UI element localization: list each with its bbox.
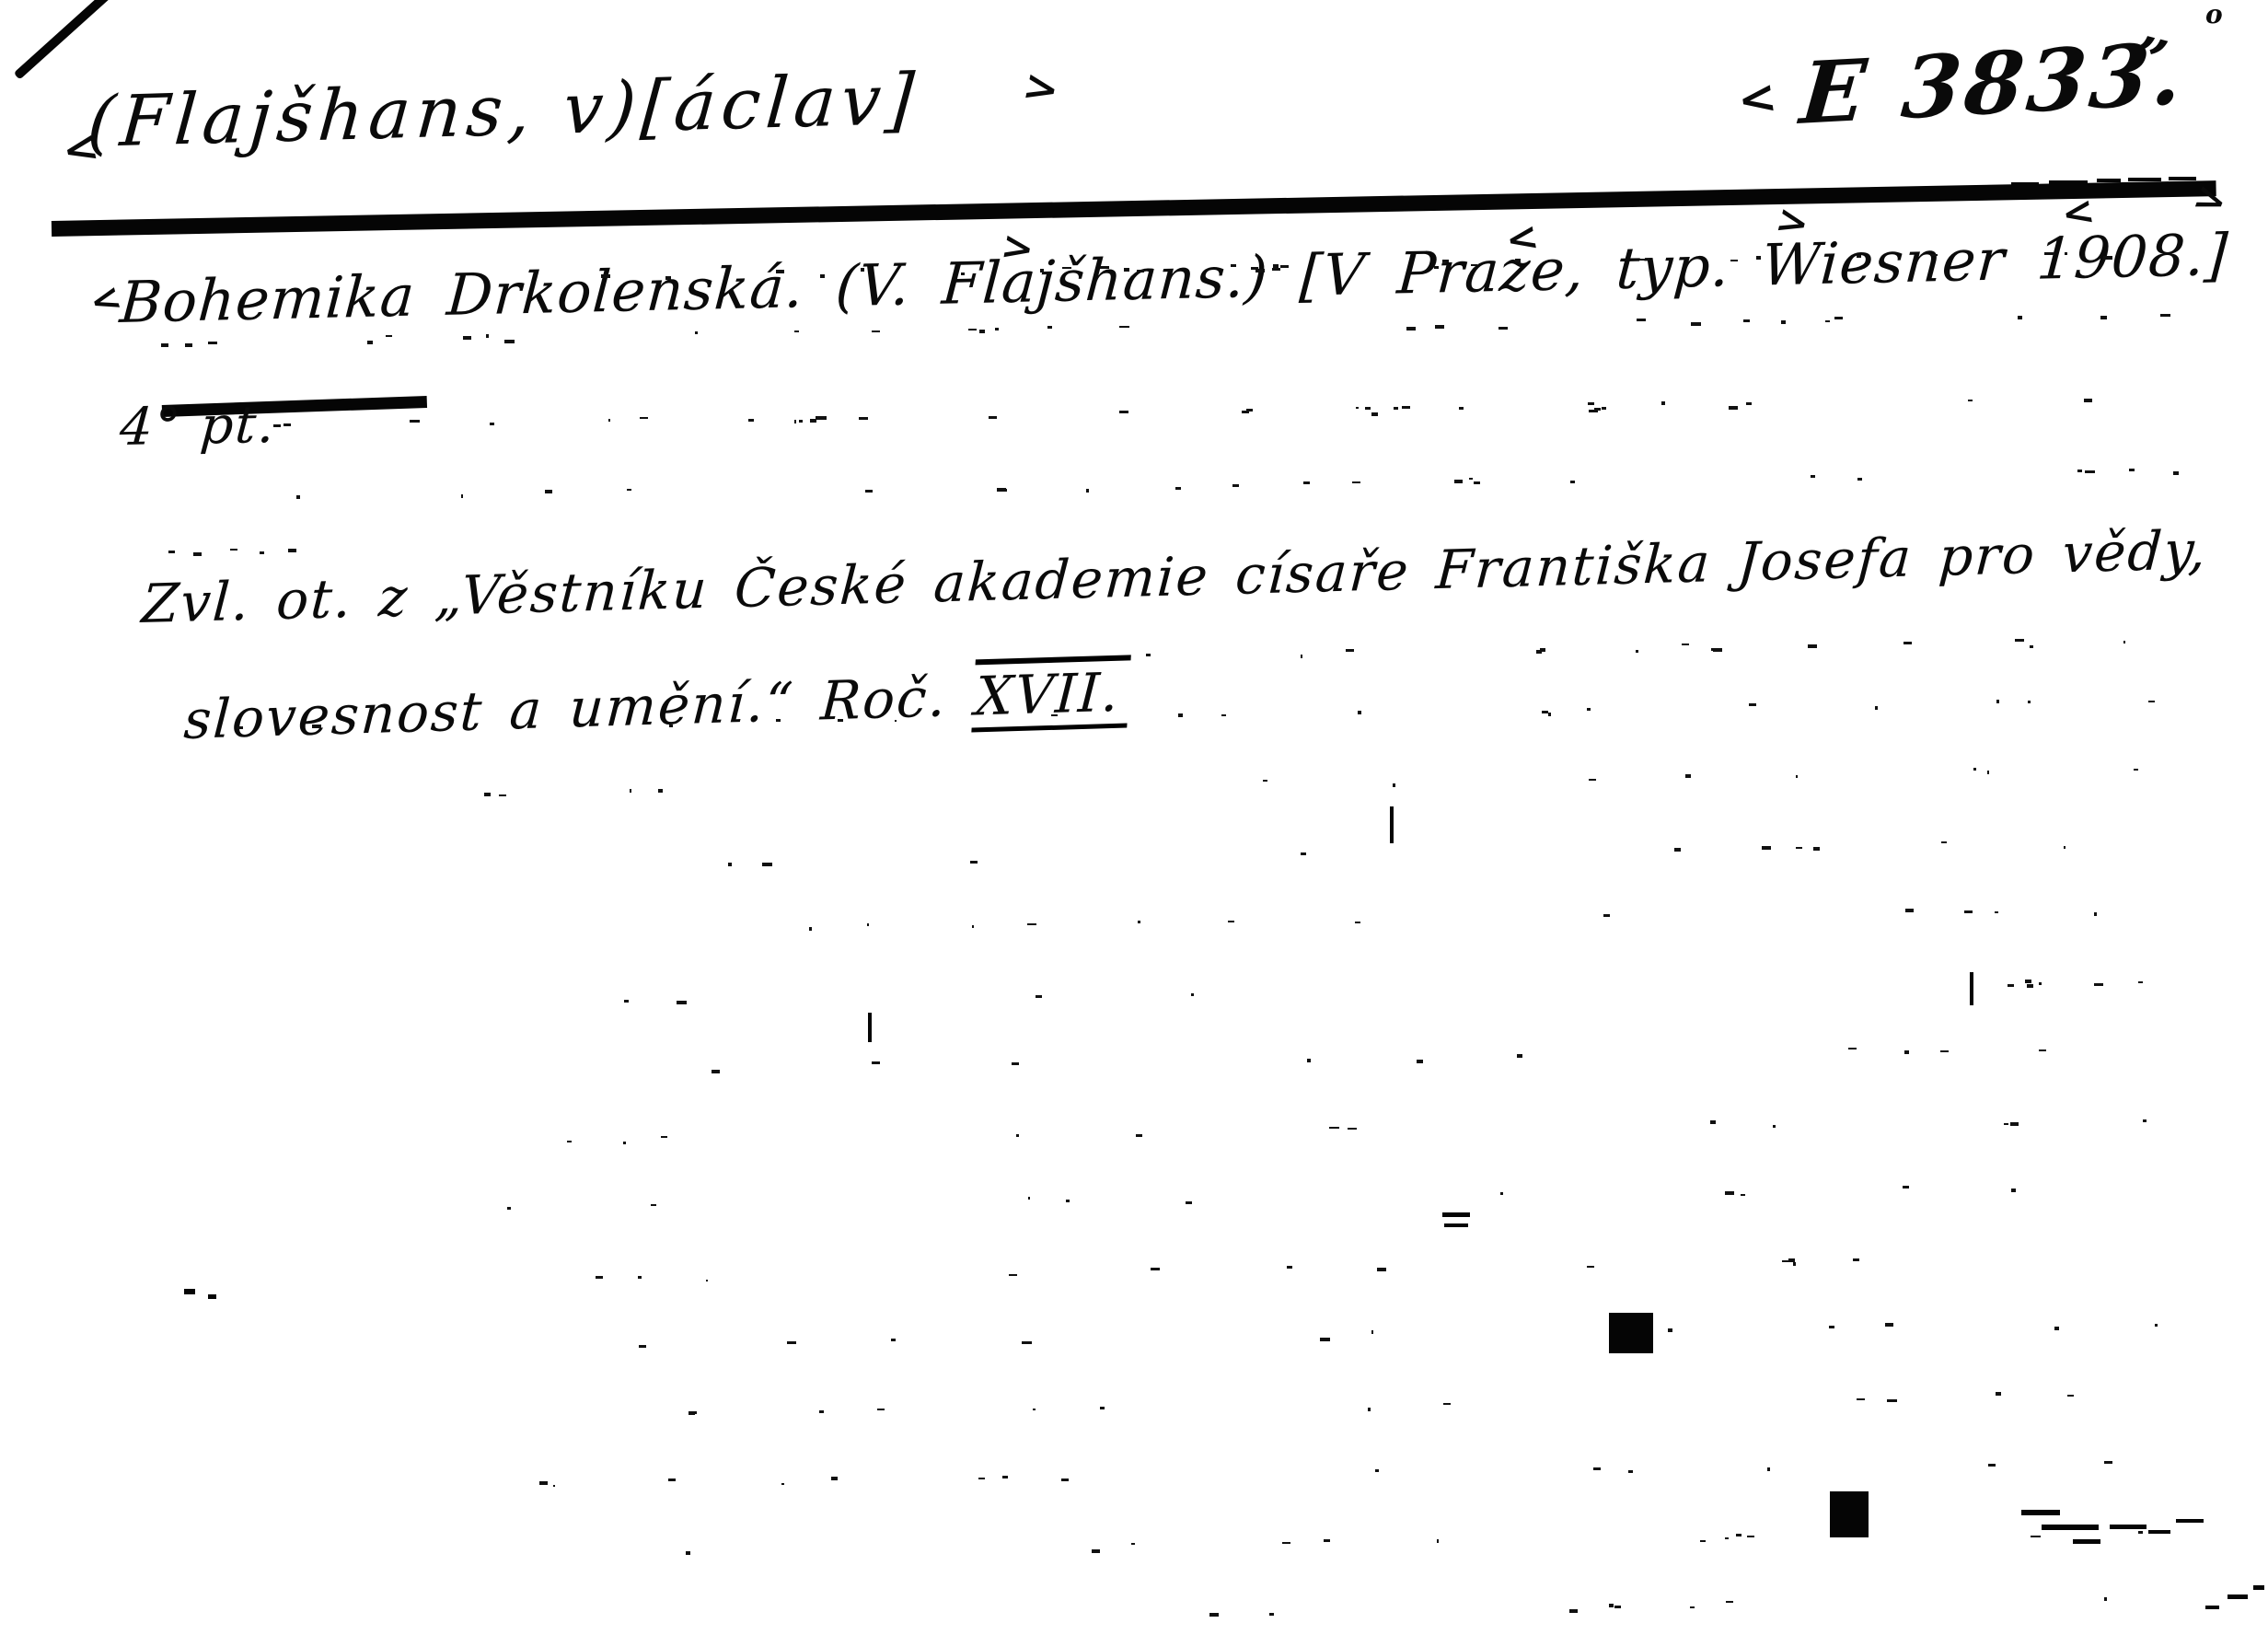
scan-speckle [1009,1274,1017,1276]
scan-speckle [410,420,420,423]
scan-speckle [1746,402,1752,405]
scan-speckle [1282,1542,1290,1544]
scan-speckle [1674,848,1681,852]
ink-blob [2097,179,2121,182]
scan-speckle [1100,1407,1105,1409]
scan-speckle [2143,1119,2146,1122]
scan-speckle [1061,1478,1069,1481]
scan-speckle [1119,326,1129,328]
scan-speckle [1593,1467,1601,1470]
scan-speckle [1175,487,1181,490]
scan-speckle [1587,1266,1594,1268]
scan-speckle [794,330,799,332]
scan-speckle [1092,1549,1100,1553]
scan-speckle [1016,1134,1019,1137]
scan-speckle [273,424,281,427]
scan-speckle [787,1341,796,1344]
scan-speckle [2094,912,2097,916]
scan-speckle [2103,256,2112,260]
scan-speckle [2039,1049,2046,1051]
scan-speckle [2155,1324,2158,1327]
scan-speckle [1178,713,1183,717]
scan-speckle [2065,252,2067,255]
scan-speckle [1066,1200,1070,1202]
scan-speckle [1793,1262,1796,1266]
author-heading: (Flajšhans, v)[áclav] [85,58,922,163]
scan-speckle [1137,270,1144,272]
scan-speckle [2030,645,2033,648]
scan-speckle [1002,1476,1008,1478]
scan-speckle [1730,260,1738,261]
scan-speckle [1301,655,1302,658]
scan-speckle [1358,711,1361,714]
scan-speckle [2100,316,2107,319]
scan-speckle [1368,1408,1371,1411]
scan-speckle [1796,775,1798,778]
scan-speckle [1988,1464,1996,1467]
editorial-mark: < [2059,191,2098,234]
note-line-2: slovesnost a umění.“ Roč. XVII. [182,660,1131,751]
scan-speckle [1355,922,1360,923]
ink-blob [1390,806,1394,843]
scan-speckle [2138,981,2143,983]
scan-speckle [2031,1536,2041,1537]
scan-speckle [1762,846,1771,850]
scan-speckle [1022,1341,1032,1344]
scan-speckle [1371,412,1378,416]
scan-speckle [1587,708,1591,711]
scan-speckle [1040,269,1044,272]
scan-speckle [1393,783,1395,787]
scan-speckle [1747,1536,1754,1537]
scan-speckle [1729,406,1738,410]
scan-speckle [1996,700,1999,703]
scan-speckle [1973,768,1976,771]
scan-speckle [2085,470,2095,473]
ink-blob [1830,1491,1869,1537]
scan-speckle [2123,641,2125,644]
scan-speckle [1228,921,1234,922]
editorial-mark: o [2205,2,2223,28]
scan-speckle [762,863,772,866]
scan-speckle [1756,256,1761,260]
ink-blob [1442,1212,1470,1217]
scan-speckle [1307,1059,1311,1062]
scan-speckle [970,861,978,864]
scan-speckle [1569,1609,1578,1613]
scan-speckle [623,1142,626,1144]
scan-speckle [1685,774,1691,778]
scan-speckle [638,1276,642,1279]
scan-speckle [1628,1470,1633,1473]
scan-speckle [2129,469,2135,471]
scan-speckle [661,1136,667,1138]
scan-speckle [1857,478,1862,481]
ink-blob [2042,1525,2099,1530]
scan-speckle [810,419,816,423]
ink-blob [184,1289,195,1294]
scan-speckle [1434,266,1439,269]
scan-speckle [961,272,965,275]
scan-speckle [1940,1050,1949,1052]
editorial-mark: < [1735,73,1779,123]
scan-speckle [463,336,471,340]
scan-speckle [2104,1597,2107,1601]
ink-blob [2021,1510,2060,1515]
scan-speckle [567,1141,572,1142]
ink-blob [208,1294,216,1299]
scan-speckle [748,419,754,422]
ink-blob [2128,178,2161,181]
scan-speckle [2011,1189,2016,1192]
scan-speckle [669,725,673,727]
ink-blob [868,1013,872,1042]
scan-speckle [861,268,864,272]
scan-speckle [1036,995,1042,998]
scan-speckle [1639,259,1649,261]
scan-speckle [1356,407,1359,409]
scan-speckle [601,274,610,278]
editorial-mark: > [1020,63,1063,111]
scan-speckle [1435,325,1444,329]
scan-speckle [658,789,663,793]
scan-speckle [1987,771,1989,774]
scan-speckle [1232,484,1239,487]
ink-blob [2073,1539,2100,1544]
scan-speckle [1536,650,1542,654]
scan-speckle [1767,1467,1770,1471]
ink-blob [2049,180,2088,184]
scan-speckle [1151,1268,1160,1270]
scan-speckle [1995,911,1998,913]
scan-speckle [2028,701,2031,703]
scan-speckle [781,1483,784,1485]
scan-speckle [1028,1197,1030,1200]
scan-speckle [1682,644,1689,645]
scan-speckle [1603,914,1610,917]
scan-speckle [1743,319,1750,322]
scan-speckle [1062,267,1071,269]
scan-speckle [1904,1050,1909,1054]
ink-blob [2176,1519,2204,1523]
scan-speckle [1668,1328,1672,1332]
scan-speckle [386,335,392,337]
scan-speckle [1853,1258,1859,1261]
ink-blob [2011,182,2039,186]
scan-speckle [665,276,671,280]
scan-speckle [1471,264,1477,266]
scan-speckle [968,329,977,330]
scan-speckle [1725,1191,1734,1195]
scan-speckle [1857,255,1861,258]
scan-speckle [776,719,781,722]
scan-speckle [608,419,610,422]
editorial-mark: < [86,278,125,322]
scan-speckle [640,417,648,419]
scan-speckle [1287,1266,1292,1269]
pen-stroke-top-left [14,0,122,80]
scan-speckle [865,490,873,493]
scan-speckle [1469,478,1473,480]
scan-speckle [1781,320,1786,324]
scan-speckle [1517,1054,1522,1058]
ink-blob [1444,1223,1468,1227]
scan-speckle [686,1551,690,1555]
scan-speckle [1588,402,1594,405]
scan-speckle [831,1477,838,1480]
scan-speckle [1273,264,1279,268]
scan-speckle [2138,1531,2143,1534]
scan-speckle [1498,327,1508,330]
scan-speckle [1930,254,1938,256]
scan-speckle [1371,1330,1373,1334]
scan-speckle [895,720,897,722]
scan-speckle [1614,1606,1621,1608]
scan-speckle [499,794,506,796]
scan-speckle [2077,470,2082,472]
scan-speckle [2094,983,2103,986]
scan-speckle [1808,644,1817,648]
scan-speckle [1905,909,1914,912]
scan-speckle [1711,648,1718,651]
scan-speckle [1811,475,1815,478]
scan-speckle [872,330,880,332]
scan-speckle [1726,1601,1733,1603]
scan-speckle [539,1481,548,1485]
scan-speckle [809,927,812,931]
scan-speckle [1848,1048,1857,1049]
scan-speckle [484,793,491,796]
scan-speckle [1691,322,1701,326]
scan-speckle [1119,411,1128,413]
ink-blob [2205,1606,2219,1609]
volume-number: XVII. [971,655,1131,732]
scan-speckle [979,330,985,333]
scan-speckle [1825,320,1830,322]
scan-speckle [1637,319,1646,321]
scan-speckle [193,552,202,556]
ink-blob [2169,177,2196,180]
scan-speckle [1736,1534,1741,1536]
scan-speckle [877,1409,885,1410]
scan-speckle [624,1000,629,1003]
scan-speckle [1131,1543,1135,1545]
scan-speckle [1402,406,1410,409]
scan-speckle [1609,1604,1614,1607]
scan-speckle [2010,1122,2019,1126]
scan-speckle [1100,266,1109,269]
ink-blob [1970,972,1973,1005]
scan-speckle [2015,639,2024,642]
scan-speckle [1365,407,1371,410]
ink-blob [1609,1313,1653,1353]
scan-speckle [1437,1539,1439,1543]
scan-speckle [1813,847,1820,851]
scan-speckle [1246,409,1253,412]
scan-speckle [1636,650,1638,653]
scan-speckle [486,334,489,338]
scan-speckle [296,495,300,499]
scan-speckle [995,328,999,330]
scan-speckle [1741,1194,1745,1196]
ink-blob [2148,1530,2170,1534]
scan-speckle [799,420,803,423]
scan-speckle [1301,852,1306,855]
scan-speckle [989,416,997,419]
scan-speckle [461,494,463,498]
scan-speckle [1272,268,1280,271]
scan-speckle [1885,1323,1893,1327]
scan-speckle [367,341,373,344]
scan-speckle [507,1207,511,1210]
scan-speckle [1051,714,1058,716]
scan-speckle [1602,407,1606,410]
scan-speckle [260,551,264,554]
scan-speckle [1231,264,1236,267]
scan-speckle [1329,1127,1339,1129]
scan-speckle [1377,1268,1386,1271]
scan-speckle [1251,267,1258,270]
scan-speckle [1047,326,1052,329]
scan-speckle [1442,260,1449,262]
scan-speckle [1146,654,1151,656]
scan-speckle [2148,701,2155,702]
scan-speckle [1589,410,1598,412]
scan-speckle [1474,481,1480,484]
scan-speckle [1996,1392,2001,1396]
scan-speckle [1303,481,1310,484]
scan-speckle [1903,642,1912,644]
scan-speckle [630,789,631,793]
scan-speckle [1263,780,1267,782]
note-line-2-text: slovesnost a umění.“ Roč. [182,665,975,751]
scan-speckle [712,1070,720,1073]
scan-speckle [1033,1409,1036,1410]
scan-speckle [1324,1539,1330,1542]
scan-speckle [2039,982,2042,985]
scan-speckle [1394,407,1398,410]
scan-speckle [691,1411,697,1414]
scan-speckle [1968,400,1973,401]
scan-speckle [1348,1128,1357,1130]
scan-speckle [627,489,631,491]
scan-speckle [2008,984,2014,987]
editorial-mark: > [999,226,1037,269]
scan-speckle [237,726,243,729]
editorial-mark: < [1503,216,1542,260]
scan-speckle [2025,980,2031,983]
scan-speckle [1454,480,1463,483]
scan-speckle [2004,1123,2008,1125]
scan-speckle [1710,1120,1716,1124]
scan-speckle [1796,847,1802,849]
scan-speckle [1209,1613,1219,1617]
scan-speckle [819,1410,824,1413]
ink-blob [2253,1585,2264,1590]
scan-speckle [1700,1540,1706,1542]
scan-speckle [668,1478,676,1481]
scan-speckle [283,423,291,426]
scan-speckle [490,423,494,425]
scan-speckle [185,343,192,347]
scan-speckle [867,923,869,926]
scan-speckle [2104,1461,2112,1464]
catalog-card-scan: (Flajšhans, v)[áclav] E 3833. Bohemika D… [0,0,2268,1635]
ink-blob [2110,1525,2146,1529]
scan-speckle [695,331,698,334]
scan-speckle [596,1276,603,1279]
scan-speckle [706,1280,708,1281]
scan-speckle [2018,316,2022,319]
scan-speckle [1320,1338,1330,1341]
scan-speckle [794,420,796,423]
scan-speckle [2054,1327,2059,1330]
scan-speckle [1500,1192,1503,1195]
scan-speckle [1773,1125,1776,1128]
scan-speckle [2160,314,2170,317]
scan-speckle [2173,471,2179,475]
scan-speckle [891,1339,896,1341]
scan-speckle [1515,259,1521,262]
scan-speckle [820,274,825,278]
scan-speckle [230,549,237,551]
scan-speckle [208,342,217,344]
scan-speckle [1136,1134,1142,1137]
scan-speckle [776,270,784,273]
scan-speckle [1834,317,1843,319]
scan-speckle [677,1001,687,1004]
format-statement: 4° pt. [118,395,278,458]
scan-speckle [1086,489,1089,493]
scan-speckle [1417,1060,1423,1063]
scan-speckle [859,417,868,420]
note-line-1: Zvl. ot. z „Věstníku České akademie císa… [140,518,2209,635]
scan-speckle [161,343,168,347]
scan-speckle [1857,1398,1865,1400]
scan-speckle [1661,401,1665,405]
ink-blob [2227,1594,2248,1599]
scan-speckle [728,863,732,866]
scan-speckle [1269,1613,1274,1616]
scan-speckle [2067,1395,2074,1397]
scan-speckle [1138,921,1140,923]
scan-speckle [1829,1326,1834,1328]
scan-speckle [1191,993,1194,996]
scan-speckle [1280,265,1289,268]
scan-speckle [1406,327,1416,330]
scan-speckle [553,1485,555,1487]
scan-speckle [1548,713,1551,716]
scan-speckle [545,490,552,493]
scan-speckle [1749,703,1756,706]
scan-speckle [1124,268,1129,272]
scan-speckle [1375,1469,1379,1472]
scan-speckle [312,725,321,728]
scan-speckle [1589,779,1596,781]
scan-speckle [168,551,175,553]
scan-speckle [1903,1186,1909,1189]
scan-speckle [1186,1201,1192,1204]
scan-speckle [2064,846,2065,849]
scan-speckle [1690,1606,1695,1608]
scan-speckle [1346,649,1354,652]
scan-speckle [1352,481,1360,483]
scan-speckle [1941,841,1947,843]
title-line: Bohemika Drkolenská. (V. Flajšhans.) [V … [118,221,2230,336]
scan-speckle [2084,399,2092,402]
scan-speckle [1964,910,1973,913]
scan-speckle [1012,1062,1019,1065]
